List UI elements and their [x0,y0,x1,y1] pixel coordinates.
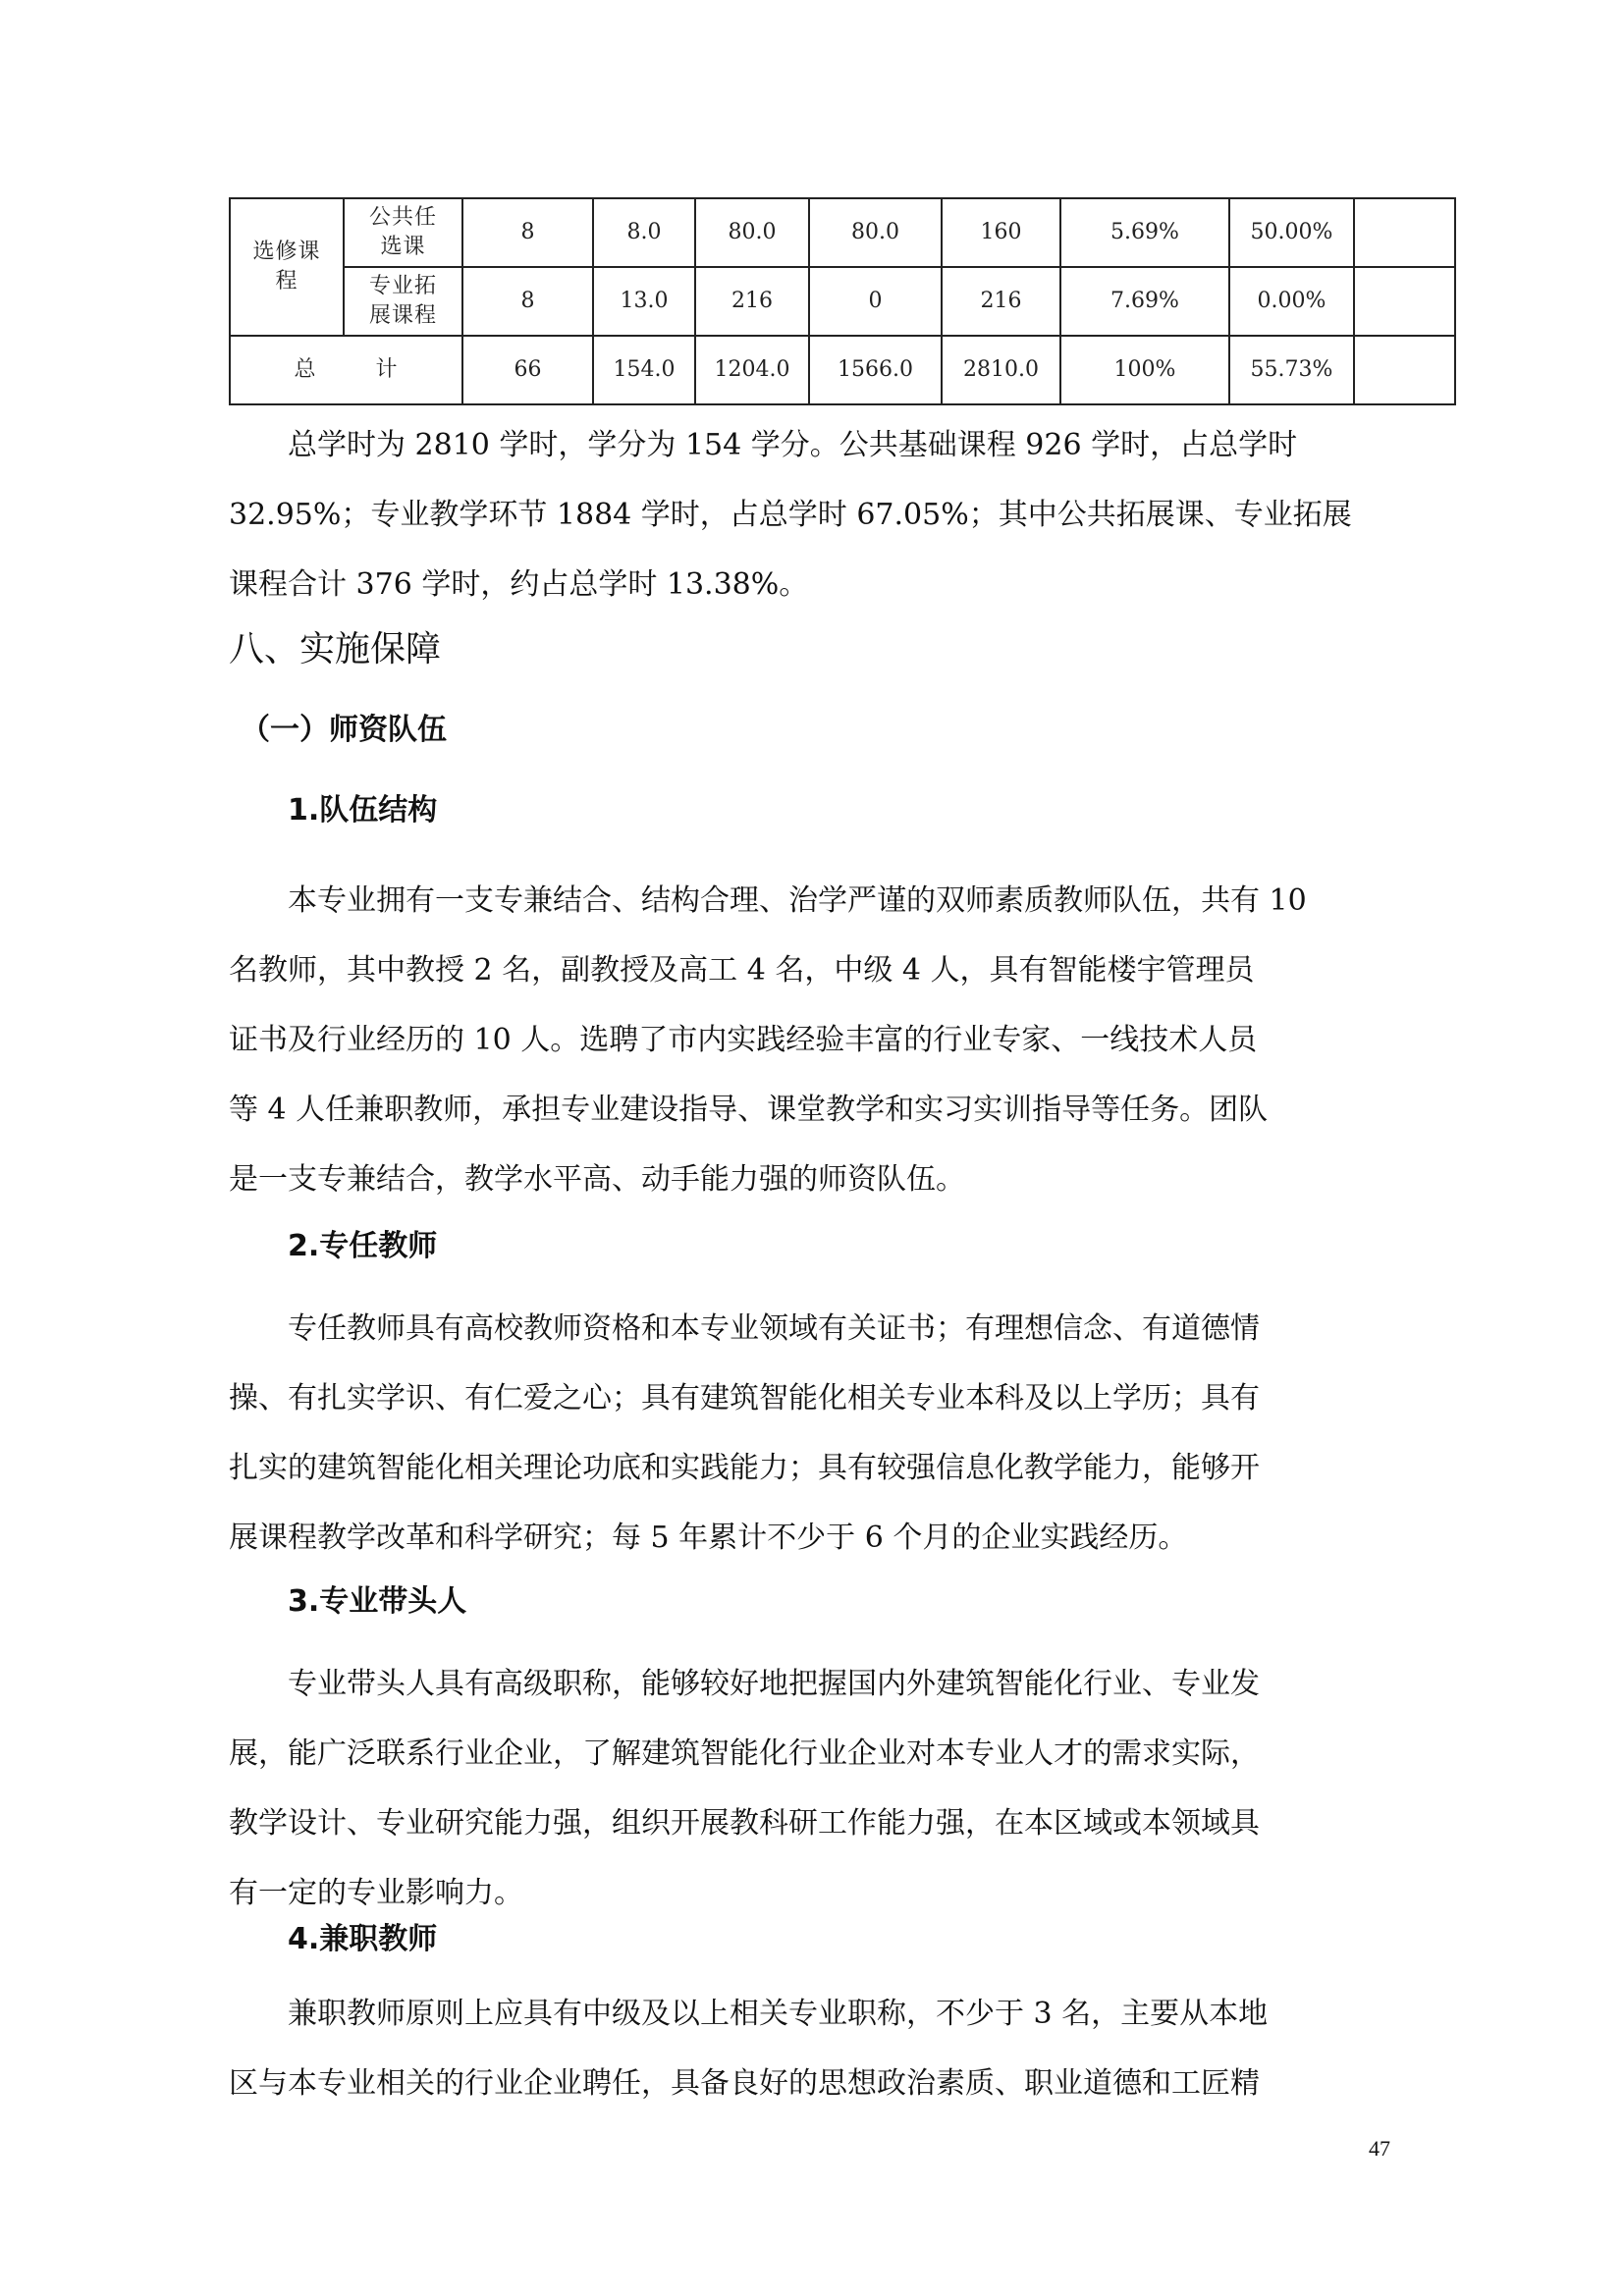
summary-paragraph: 总学时为 2810 学时，学分为 154 学分。公共基础课程 926 学时，占总… [229,410,1454,619]
practice-hours-cell: 80.0 [809,198,942,267]
note-cell [1354,198,1455,267]
table-row: 专业拓 展课程 8 13.0 216 0 216 7.69% 0.00% [230,267,1455,336]
pct-total-cell: 7.69% [1060,267,1229,336]
pct-total-cell: 100% [1060,336,1229,404]
table-total-row: 总计 66 154.0 1204.0 1566.0 2810.0 100% 55… [230,336,1455,404]
courses-cell: 8 [462,267,593,336]
course-type-line: 专业拓 [345,272,461,301]
text-line: 是一支专兼结合，教学水平高、动手能力强的师资队伍。 [229,1145,1454,1214]
theory-hours-cell: 216 [695,267,809,336]
course-type-line: 展课程 [345,301,461,331]
text-line: 总学时为 2810 学时，学分为 154 学分。公共基础课程 926 学时，占总… [229,410,1454,480]
credits-cell: 13.0 [593,267,695,336]
body-paragraph: 本专业拥有一支专兼结合、结构合理、治学严谨的双师素质教师队伍，共有 10 名教师… [229,866,1454,1214]
course-type-line: 选课 [345,233,461,262]
theory-hours-cell: 1204.0 [695,336,809,404]
total-label-cell: 总计 [230,336,462,404]
credits-cell: 8.0 [593,198,695,267]
text-line: 32.95%；专业教学环节 1884 学时，占总学时 67.05%；其中公共拓展… [229,480,1454,550]
body-paragraph: 专业带头人具有高级职称，能够较好地把握国内外建筑智能化行业、专业发 展，能广泛联… [229,1649,1454,1928]
text-line: 证书及行业经历的 10 人。选聘了市内实践经验丰富的行业专家、一线技术人员 [229,1005,1454,1075]
pct-total-cell: 5.69% [1060,198,1229,267]
credits-cell: 154.0 [593,336,695,404]
total-hours-cell: 160 [942,198,1060,267]
text-line: 区与本专业相关的行业企业聘任，具备良好的思想政治素质、职业道德和工匠精 [229,2049,1454,2118]
total-hours-cell: 2810.0 [942,336,1060,404]
theory-hours-cell: 80.0 [695,198,809,267]
note-cell [1354,267,1455,336]
text-line: 操、有扎实学识、有仁爱之心；具有建筑智能化相关专业本科及以上学历；具有 [229,1363,1454,1433]
text-line: 展课程教学改革和科学研究；每 5 年累计不少于 6 个月的企业实践经历。 [229,1503,1454,1573]
group-label-cell: 选修课 程 [230,198,344,336]
group-label-line: 程 [231,267,343,296]
course-type-line: 公共任 [345,203,461,233]
page-number: 47 [1369,2136,1390,2162]
text-line: 展，能广泛联系行业企业，了解建筑智能化行业企业对本专业人才的需求实际， [229,1719,1454,1789]
courses-cell: 66 [462,336,593,404]
text-line: 教学设计、专业研究能力强，组织开展教科研工作能力强，在本区域或本领域具 [229,1789,1454,1858]
document-page: 选修课 程 公共任 选课 8 8.0 80.0 80.0 160 5.69% 5… [0,0,1624,2296]
total-label: 总 [294,357,316,382]
body-paragraph: 专任教师具有高校教师资格和本专业领域有关证书；有理想信念、有道德情 操、有扎实学… [229,1294,1454,1573]
practice-pct-cell: 0.00% [1229,267,1354,336]
total-hours-cell: 216 [942,267,1060,336]
course-type-cell: 专业拓 展课程 [344,267,462,336]
group-label-line: 选修课 [231,238,343,267]
courses-cell: 8 [462,198,593,267]
subsection-title: （一）师资队伍 [241,705,447,748]
note-cell [1354,336,1455,404]
text-line: 专任教师具有高校教师资格和本专业领域有关证书；有理想信念、有道德情 [229,1294,1454,1363]
text-line: 扎实的建筑智能化相关理论功底和实践能力；具有较强信息化教学能力，能够开 [229,1433,1454,1503]
practice-hours-cell: 1566.0 [809,336,942,404]
item-heading: 1.队伍结构 [288,785,437,828]
text-line: 本专业拥有一支专兼结合、结构合理、治学严谨的双师素质教师队伍，共有 10 [229,866,1454,935]
item-heading: 4.兼职教师 [288,1914,437,1957]
section-title: 八、实施保障 [229,621,441,671]
item-heading: 3.专业带头人 [288,1576,466,1620]
text-line: 课程合计 376 学时，约占总学时 13.38%。 [229,550,1454,619]
table-row: 选修课 程 公共任 选课 8 8.0 80.0 80.0 160 5.69% 5… [230,198,1455,267]
practice-hours-cell: 0 [809,267,942,336]
text-line: 兼职教师原则上应具有中级及以上相关专业职称，不少于 3 名，主要从本地 [229,1979,1454,2049]
text-line: 专业带头人具有高级职称，能够较好地把握国内外建筑智能化行业、专业发 [229,1649,1454,1719]
practice-pct-cell: 55.73% [1229,336,1354,404]
course-type-cell: 公共任 选课 [344,198,462,267]
practice-pct-cell: 50.00% [1229,198,1354,267]
text-line: 名教师，其中教授 2 名，副教授及高工 4 名，中级 4 人，具有智能楼宇管理员 [229,935,1454,1005]
item-heading: 2.专任教师 [288,1221,437,1264]
text-line: 等 4 人任兼职教师，承担专业建设指导、课堂教学和实习实训指导等任务。团队 [229,1075,1454,1145]
body-paragraph: 兼职教师原则上应具有中级及以上相关专业职称，不少于 3 名，主要从本地 区与本专… [229,1979,1454,2118]
credit-hours-table: 选修课 程 公共任 选课 8 8.0 80.0 80.0 160 5.69% 5… [229,197,1456,405]
total-label: 计 [376,357,399,382]
